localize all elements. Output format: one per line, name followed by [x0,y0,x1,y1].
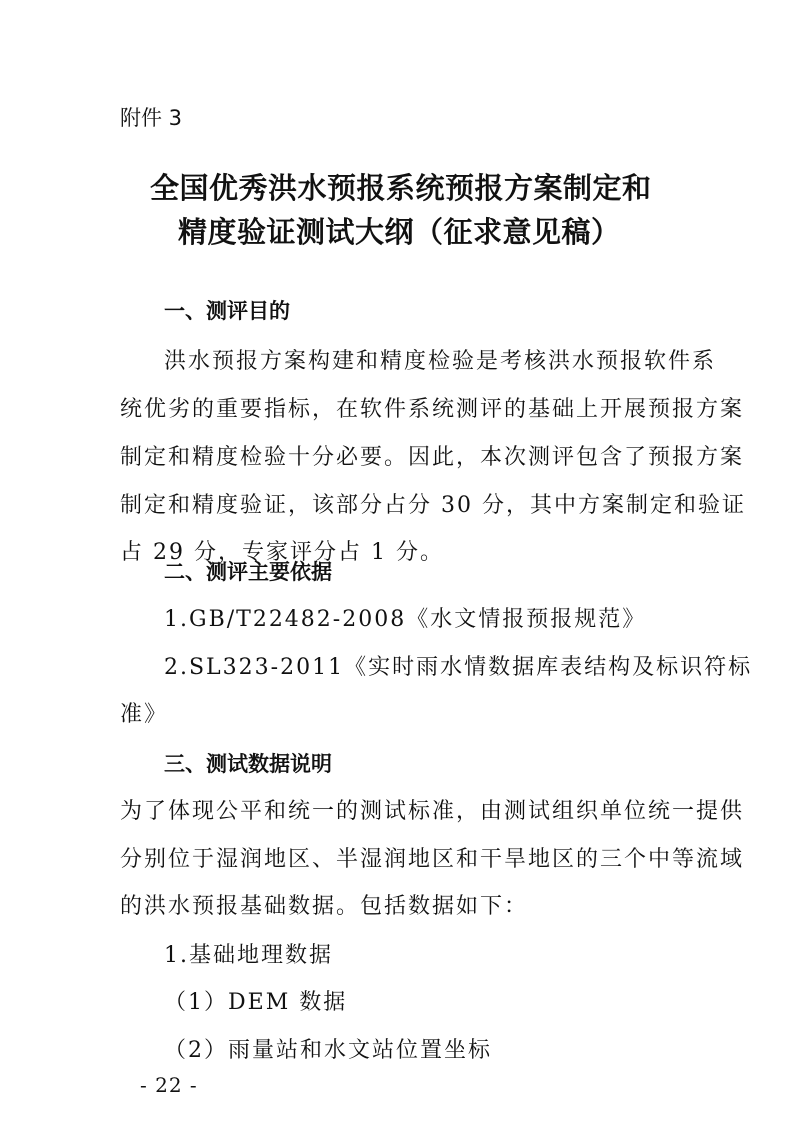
paragraph-line: 统优劣的重要指标，在软件系统测评的基础上开展预报方案 [120,395,680,425]
data-sub-item: （1）DEM 数据 [164,988,680,1018]
data-sub-item: 1.基础地理数据 [164,941,680,971]
paragraph-line: 分别位于湿润地区、半湿润地区和干旱地区的三个中等流域 [120,845,680,875]
page-number: - 22 - [140,1070,198,1100]
section-heading-purpose: 一、测评目的 [164,296,290,326]
reference-item: 2.SL323-2011《实时雨水情数据库表结构及标识符标 [164,653,680,683]
paragraph-line: 的洪水预报基础数据。包括数据如下： [120,892,680,922]
document-title-line-1: 全国优秀洪水预报系统预报方案制定和 [150,168,652,208]
reference-item-continuation: 准》 [120,700,680,730]
paragraph-line: 为了体现公平和统一的测试标准，由测试组织单位统一提供 [120,797,680,827]
document-page: 附件 3 全国优秀洪水预报系统预报方案制定和 精度验证测试大纲（征求意见稿） 一… [0,0,800,1131]
attachment-label: 附件 3 [120,103,182,133]
document-title-line-2: 精度验证测试大纲（征求意见稿） [178,212,621,252]
paragraph-line: 洪水预报方案构建和精度检验是考核洪水预报软件系 [164,347,680,377]
section-heading-basis: 二、测评主要依据 [164,557,332,587]
paragraph-line: 制定和精度验证，该部分占分 30 分，其中方案制定和验证 [120,491,680,521]
reference-item: 1.GB/T22482-2008《水文情报预报规范》 [164,605,680,635]
data-sub-item: （2）雨量站和水文站位置坐标 [164,1036,680,1066]
section-heading-test-data: 三、测试数据说明 [164,749,332,779]
paragraph-line: 制定和精度检验十分必要。因此，本次测评包含了预报方案 [120,443,680,473]
